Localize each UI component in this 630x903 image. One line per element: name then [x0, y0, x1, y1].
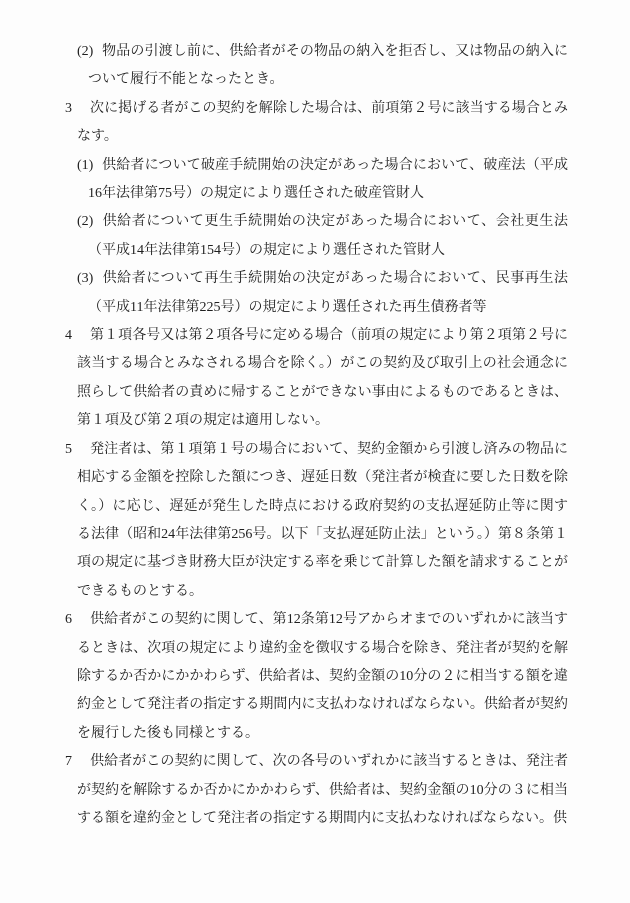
item-text: 供給者について更生手続開始の決定があった場合において、会社更生法（平成14年法律…: [88, 214, 568, 257]
paragraph-6: 6供給者がこの契約に関して、第12条第12号アからオまでのいずれかに該当するとき…: [0, 606, 630, 748]
clause-item-3: (3)供給者について再生手続開始の決定があった場合において、民事再生法（平成11…: [0, 265, 630, 322]
paragraph-number: 7: [65, 748, 90, 776]
clause-item-2: (2)供給者について更生手続開始の決定があった場合において、会社更生法（平成14…: [0, 208, 630, 265]
clause-item-2-prev: (2)物品の引渡し前に、供給者がその物品の納入を拒否し、又は物品の納入について履…: [0, 38, 630, 95]
item-marker: (2): [77, 38, 102, 66]
paragraph-text: 供給者がこの契約に関して、次の各号のいずれかに該当するときは、発注者が契約を解除…: [77, 754, 568, 826]
item-text: 供給者について再生手続開始の決定があった場合において、民事再生法（平成11年法律…: [88, 271, 568, 314]
paragraph-text: 次に掲げる者がこの契約を解除した場合は、前項第２号に該当する場合とみなす。: [77, 101, 568, 144]
paragraph-7: 7供給者がこの契約に関して、次の各号のいずれかに該当するときは、発注者が契約を解…: [0, 748, 630, 833]
item-text: 供給者について破産手続開始の決定があった場合において、破産法（平成16年法律第7…: [88, 158, 568, 201]
paragraph-number: 6: [65, 606, 90, 634]
paragraph-4: 4第１項各号又は第２項各号に定める場合（前項の規定により第２項第２号に該当する場…: [0, 322, 630, 436]
paragraph-number: 4: [65, 322, 90, 350]
paragraph-number: 5: [65, 436, 90, 464]
item-marker: (1): [77, 152, 102, 180]
item-text: 物品の引渡し前に、供給者がその物品の納入を拒否し、又は物品の納入について履行不能…: [88, 44, 568, 87]
paragraph-5: 5発注者は、第１項第１号の場合において、契約金額から引渡し済みの物品に相応する金…: [0, 436, 630, 606]
paragraph-text: 発注者は、第１項第１号の場合において、契約金額から引渡し済みの物品に相応する金額…: [77, 442, 568, 599]
item-marker: (3): [77, 265, 102, 293]
paragraph-text: 供給者がこの契約に関して、第12条第12号アからオまでのいずれかに該当するときは…: [77, 612, 568, 741]
document-page: (2)物品の引渡し前に、供給者がその物品の納入を拒否し、又は物品の納入について履…: [0, 0, 630, 903]
contract-clauses-text: (2)物品の引渡し前に、供給者がその物品の納入を拒否し、又は物品の納入について履…: [0, 38, 630, 833]
paragraph-text: 第１項各号又は第２項各号に定める場合（前項の規定により第２項第２号に該当する場合…: [77, 328, 568, 428]
paragraph-3: 3次に掲げる者がこの契約を解除した場合は、前項第２号に該当する場合とみなす。: [0, 95, 630, 152]
paragraph-number: 3: [65, 95, 90, 123]
item-marker: (2): [77, 208, 102, 236]
clause-item-1: (1)供給者について破産手続開始の決定があった場合において、破産法（平成16年法…: [0, 152, 630, 209]
